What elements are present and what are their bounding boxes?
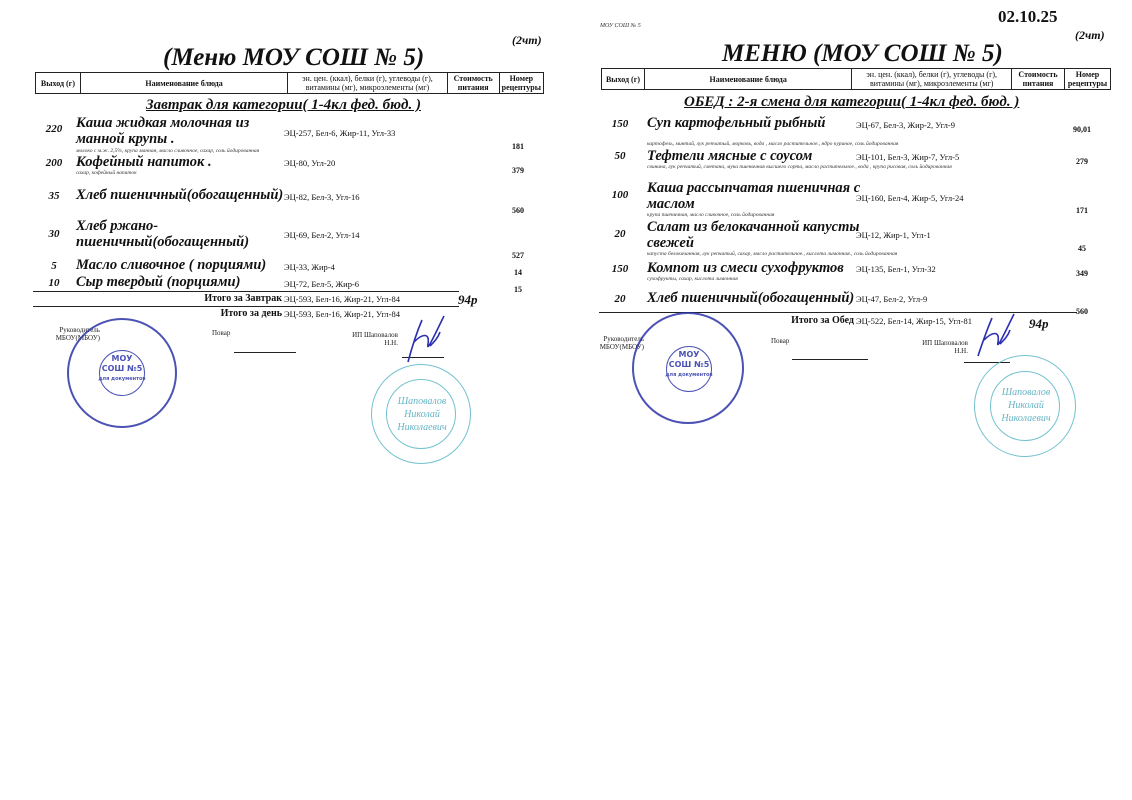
org-header: МОУ СОШ № 5: [600, 23, 641, 29]
item-ingredients: свинина, лук репчатый, сметана, мука пше…: [647, 164, 977, 171]
item-name: Суп картофельный рыбный: [647, 115, 825, 131]
item-ingredients: сухофрукты, сахар, кислота лимонная: [647, 276, 847, 283]
cook-label: Повар: [212, 329, 230, 337]
cook-label: Повар: [771, 337, 789, 345]
portion-tag: (2чт): [1075, 28, 1105, 43]
header-cost: Стоимость питания: [1012, 69, 1065, 90]
item-name: Хлеб пшеничный(обогащенный): [647, 290, 854, 306]
item-yield: 20: [600, 293, 640, 305]
item-nutrition: ЭЦ-72, Бел-5, Жир-6: [284, 279, 359, 289]
total-breakfast-nutrition: ЭЦ-593, Бел-16, Жир-21, Угл-84: [284, 294, 400, 304]
section-title: ОБЕД : 2-я смена для категории( 1-4кл фе…: [684, 94, 1019, 111]
item-ingredients: сахар, кофейный напиток: [76, 170, 276, 177]
item-nutrition: ЭЦ-80, Угл-20: [284, 158, 335, 168]
item-name: Хлеб ржано-: [76, 218, 158, 234]
item-yield: 200: [34, 157, 74, 169]
header-dish: Наименование блюда: [644, 69, 851, 90]
page-title: (Меню МОУ СОШ № 5): [163, 44, 424, 72]
header-recipe: Номер рецептуры: [499, 73, 543, 94]
total-day-label: Итого за день: [170, 308, 282, 319]
section-title: Завтрак для категории( 1-4кл фед. бюд. ): [146, 97, 421, 114]
divider: [33, 291, 459, 292]
school-stamp: МОУ СОШ №5 для документов: [632, 312, 744, 424]
item-nutrition: ЭЦ-69, Бел-2, Угл-14: [284, 230, 359, 240]
ip-label: ИП Шаповалов Н.Н.: [350, 331, 398, 347]
item-nutrition: ЭЦ-257, Бел-6, Жир-11, Угл-33: [284, 128, 395, 138]
item-name: Каша жидкая молочная из: [76, 115, 249, 131]
item-name: свежей: [647, 235, 694, 251]
menu-table-header: Выход (г) Наименование блюда эн. цен. (к…: [601, 68, 1111, 90]
school-stamp: МОУ СОШ №5 для документов: [67, 318, 177, 428]
item-nutrition: ЭЦ-33, Жир-4: [284, 262, 335, 272]
total-day-nutrition: ЭЦ-593, Бел-16, Жир-21, Угл-84: [284, 309, 400, 319]
header-dish: Наименование блюда: [80, 73, 287, 94]
item-yield: 150: [600, 263, 640, 275]
total-breakfast-price: 94р: [458, 292, 478, 308]
menu-date: 02.10.25: [998, 7, 1058, 27]
total-breakfast-label: Итого за Завтрак: [170, 293, 282, 304]
item-nutrition: ЭЦ-135, Бел-1, Угл-32: [856, 264, 936, 274]
header-yield: Выход (г): [36, 73, 81, 94]
item-recipe: 279: [1062, 157, 1102, 166]
item-name: Компот из смеси сухофруктов: [647, 260, 844, 276]
item-recipe: 560: [498, 206, 538, 215]
item-ingredients: картофель, минтай, лук репчатый, морковь…: [647, 141, 977, 148]
item-yield: 30: [34, 228, 74, 240]
item-yield: 20: [600, 228, 640, 240]
item-yield: 100: [600, 189, 640, 201]
cook-signature-line: [234, 352, 296, 353]
total-lunch-label: Итого за Обед: [736, 315, 854, 326]
signature-mark: [400, 312, 452, 368]
portion-tag: (2чт): [512, 33, 542, 48]
ip-stamp: Шаповалов Николай Николаевич: [371, 364, 471, 464]
item-yield: 150: [600, 118, 640, 130]
breakfast-menu-page: (2чт) (Меню МОУ СОШ № 5) Выход (г) Наиме…: [0, 0, 566, 800]
header-recipe: Номер рецептуры: [1064, 69, 1110, 90]
item-recipe: 15: [498, 285, 538, 294]
header-nutrition: эн. цен. (ккал), белки (г), углеводы (г)…: [852, 69, 1012, 90]
item-yield: 50: [600, 150, 640, 162]
item-yield: 10: [34, 277, 74, 289]
item-name: пшеничный(обогащенный): [76, 234, 249, 250]
item-name: Кофейный напиток .: [76, 154, 212, 170]
header-yield: Выход (г): [602, 69, 645, 90]
item-name: манной крупы .: [76, 131, 174, 147]
item-recipe: 171: [1062, 206, 1102, 215]
signature-mark: [970, 312, 1022, 362]
item-recipe: 45: [1062, 244, 1102, 253]
item-recipe: 349: [1062, 269, 1102, 278]
ip-label: ИП Шаповалов Н.Н.: [920, 339, 968, 355]
lunch-menu-page: МОУ СОШ № 5 02.10.25 (2чт) МЕНЮ (МОУ СОШ…: [566, 0, 1132, 800]
item-ingredients: капуста белокачанная, лук репчатый, саха…: [647, 251, 967, 258]
total-lunch-nutrition: ЭЦ-522, Бел-14, Жир-15, Угл-81: [856, 316, 972, 326]
ip-stamp: Шаповалов Николай Николаевич: [974, 355, 1076, 457]
item-recipe: 527: [498, 251, 538, 260]
header-cost: Стоимость питания: [447, 73, 499, 94]
header-nutrition: эн. цен. (ккал), белки (г), углеводы (г)…: [288, 73, 448, 94]
item-name: Масло сливочное ( порциями): [76, 257, 266, 273]
item-nutrition: ЭЦ-82, Бел-3, Угл-16: [284, 192, 359, 202]
item-nutrition: ЭЦ-12, Жир-1, Угл-1: [856, 230, 931, 240]
item-yield: 220: [34, 123, 74, 135]
page-title: МЕНЮ (МОУ СОШ № 5): [722, 40, 1003, 68]
item-recipe: 181: [498, 142, 538, 151]
item-ingredients: крупа пшеничная, масло сливочное, соль й…: [647, 212, 907, 219]
item-yield: 5: [34, 260, 74, 272]
item-recipe: 14: [498, 268, 538, 277]
item-recipe: 90,01: [1062, 125, 1102, 134]
item-name: Хлеб пшеничный(обогащенный): [76, 187, 283, 203]
total-lunch-price: 94р: [1029, 316, 1049, 332]
item-nutrition: ЭЦ-47, Бел-2, Угл-9: [856, 294, 927, 304]
item-nutrition: ЭЦ-160, Бел-4, Жир-5, Угл-24: [856, 193, 963, 203]
item-nutrition: ЭЦ-67, Бел-3, Жир-2, Угл-9: [856, 120, 955, 130]
item-name: Сыр твердый (порциями): [76, 274, 240, 290]
item-yield: 35: [34, 190, 74, 202]
item-nutrition: ЭЦ-101, Бел-3, Жир-7, Угл-5: [856, 152, 959, 162]
item-name: маслом: [647, 196, 695, 212]
item-name: Тефтели мясные с соусом: [647, 148, 812, 164]
item-recipe: 379: [498, 166, 538, 175]
cook-signature-line: [792, 359, 868, 360]
item-name: Каша рассыпчатая пшеничная с: [647, 180, 860, 196]
item-name: Салат из белокачанной капусты: [647, 219, 859, 235]
menu-table-header: Выход (г) Наименование блюда эн. цен. (к…: [35, 72, 544, 94]
divider: [33, 306, 459, 307]
